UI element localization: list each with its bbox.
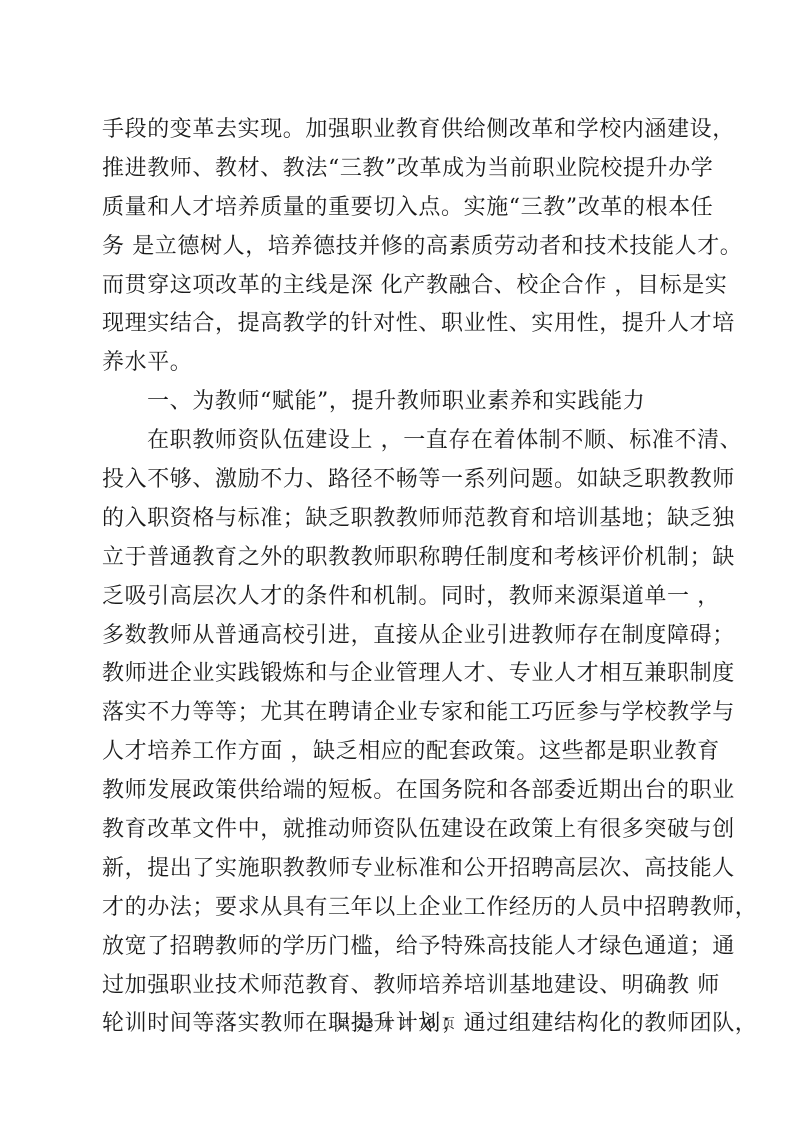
text-line: 才的办法；要求从具有三年以上企业工作经历的人员中招聘教师， xyxy=(102,889,692,928)
text-line: 务 是立德树人，培养德技并修的高素质劳动者和技术技能人才。 xyxy=(102,228,692,267)
text-line: 教师发展政策供给端的短板。在国务院和各部委近期出台的职业 xyxy=(102,772,692,811)
text-line: 新，提出了实施职教教师专业标准和公开招聘高层次、高技能人 xyxy=(102,850,692,889)
text-line: 养水平。 xyxy=(102,344,692,383)
text-line: 人才培养工作方面 ，缺乏相应的配套政策。这些都是职业教育 xyxy=(102,733,692,772)
page-number: 第 23 页 共 76 页 xyxy=(0,1013,793,1032)
text-line: 教师进企业实践锻炼和与企业管理人才、专业人才相互兼职制度 xyxy=(102,655,692,694)
text-line: 放宽了招聘教师的学历门槛，给予特殊高技能人才绿色通道；通 xyxy=(102,928,692,967)
text-line: 在职教师资队伍建设上 ，一直存在着体制不顺、标准不清、 xyxy=(102,422,692,461)
section-heading: 一、为教师“赋能”，提升教师职业素养和实践能力 xyxy=(102,383,692,422)
text-line: 手段的变革去实现。加强职业教育供给侧改革和学校内涵建设， xyxy=(102,111,692,150)
text-line: 教育改革文件中，就推动师资队伍建设在政策上有很多突破与创 xyxy=(102,811,692,850)
document-page: 手段的变革去实现。加强职业教育供给侧改革和学校内涵建设， 推进教师、教材、教法“… xyxy=(0,0,793,1122)
body-text: 手段的变革去实现。加强职业教育供给侧改革和学校内涵建设， 推进教师、教材、教法“… xyxy=(102,111,692,1044)
text-line: 立于普通教育之外的职教教师职称聘任制度和考核评价机制；缺 xyxy=(102,539,692,578)
text-line: 多数教师从普通高校引进，直接从企业引进教师存在制度障碍； xyxy=(102,617,692,656)
text-line: 质量和人才培养质量的重要切入点。实施“三教”改革的根本任 xyxy=(102,189,692,228)
text-line: 推进教师、教材、教法“三教”改革成为当前职业院校提升办学 xyxy=(102,150,692,189)
text-line: 现理实结合，提高教学的针对性、职业性、实用性，提升人才培 xyxy=(102,305,692,344)
text-line: 落实不力等等；尤其在聘请企业专家和能工巧匠参与学校教学与 xyxy=(102,694,692,733)
text-line: 的入职资格与标准；缺乏职教教师师范教育和培训基地；缺乏独 xyxy=(102,500,692,539)
text-line: 过加强职业技术师范教育、教师培养培训基地建设、明确教 师 xyxy=(102,967,692,1006)
text-line: 投入不够、激励不力、路径不畅等一系列问题。如缺乏职教教师 xyxy=(102,461,692,500)
text-line: 乏吸引高层次人才的条件和机制。同时，教师来源渠道单一 ， xyxy=(102,578,692,617)
text-line: 而贯穿这项改革的主线是深 化产教融合、校企合作 ，目标是实 xyxy=(102,267,692,306)
